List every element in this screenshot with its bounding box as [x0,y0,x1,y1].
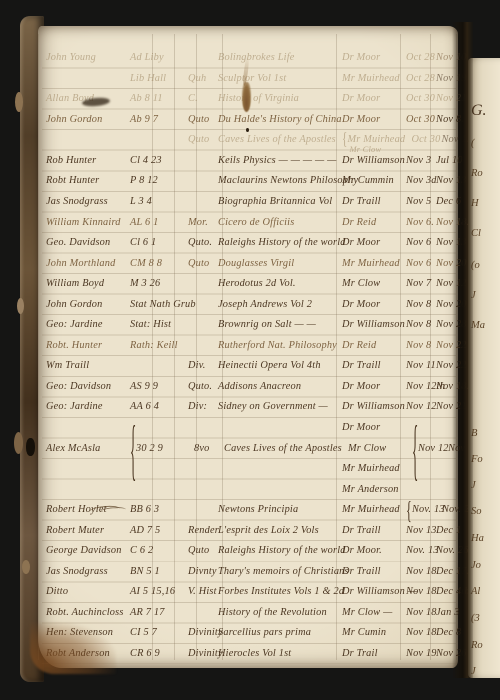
register-row: Geo. Davidson Cl 6 1 Quto. Raleighs Hist… [46,233,458,254]
cell-professor-name: Dr Reid [342,218,406,228]
cell-professor-name: Dr Moor [342,382,406,392]
cell-book-title: Caves Lives of the Apostles [218,135,342,145]
cell-book-title: L'esprit des Loix 2 Vols [218,526,342,536]
cell-book-title: Herodotus 2d Vol. [218,279,342,289]
register-row: Dr Moor [46,418,458,439]
cell-date-lent: Nov 3d [406,176,436,186]
cell-book-title: Sidney on Government — [218,402,342,412]
cell-date-lent: Nov 8 [406,341,436,351]
register-row: Wm Traill Div. Heinectii Opera Vol 4th D… [46,356,458,377]
cell-borrower-name: Jas Snodgrass [46,197,130,207]
register-row: Geo: Davidson AS 9 9 Quto. Addisons Anac… [46,377,458,398]
cell-professor-name: Mr Clow — [342,608,406,618]
register-rows: John Young Ad Liby Bolingbrokes Life Dr … [46,48,458,665]
cell-shelf-mark: Rath: Keill [130,341,188,351]
register-row: Robt Hunter P 8 12 Maclaurins Newtons Ph… [46,171,458,192]
cell-date-lent: Nov 12 [406,402,436,412]
cell-date-lent: Nov 7 [406,279,436,289]
cell-format: Render [188,526,218,536]
spine-notch [26,438,35,456]
cell-shelf-mark: Stat: Hist [130,320,188,330]
cell-borrower-name: Wm Traill [46,361,130,371]
spine-fray [22,560,30,574]
book-gutter [452,22,473,678]
cell-format: Div: [188,402,218,412]
register-row: Ditto AI 5 15,16 V. Hist Forbes Institut… [46,582,458,603]
register-row: Alex McAsla { 30 2 9 8vo Caves Lives of … [46,438,458,459]
cell-professor-name: Dr Traill [342,361,406,371]
cell-professor-name: Dr Moor [342,115,406,125]
cell-shelf-mark: AI 5 15,16 [130,587,188,597]
cell-book-title: Sarcellius pars prima [218,628,342,638]
cell-professor-name: Dr Trail [342,649,406,659]
cell-book-title: Thary's memoirs of Christians [218,567,342,577]
cell-format: Div. [188,361,218,371]
cell-book-title: History of Virginia [218,94,342,104]
register-row: Mr Muirhead [46,459,458,480]
cell-professor-name: Dr Traill [342,197,406,207]
cell-professor-name: Dr Williamson [342,402,406,412]
cell-borrower-name: Robert Muter [46,526,130,536]
cell-borrower-name: Geo: Davidson [46,382,130,392]
cell-shelf-mark: CR 6 9 [130,649,188,659]
cell-borrower-name: Geo. Davidson [46,238,130,248]
cell-borrower-name: John Gordon [46,115,130,125]
manuscript-photo: John Young Ad Liby Bolingbrokes Life Dr … [0,0,500,700]
register-row: Robert Muter AD 7 5 Render L'esprit des … [46,521,458,542]
cell-shelf-mark: Ab 8 11 [130,94,188,104]
cell-date-lent: Nov 18 [406,608,436,618]
cell-book-title: Biographia Britannica Vol [218,197,342,207]
cell-date-lent: Nov 6 [406,238,436,248]
cell-borrower-name: William Boyd [46,279,130,289]
cell-shelf-mark: BB 6 3 [130,505,188,515]
ink-spot [246,128,249,132]
cell-date-lent: Oct 28 [406,74,436,84]
cell-professor-name: Dr Reid [342,341,406,351]
cell-shelf-mark: Ad Liby [130,53,188,63]
cell-professor-name: Dr Moor. [342,546,406,556]
facing-page-text-fragment: G. [471,102,487,120]
register-row: John Young Ad Liby Bolingbrokes Life Dr … [46,48,458,69]
cell-date-lent: Nov 8 [406,320,436,330]
cell-professor-name: Dr Moor [342,238,406,248]
cell-date-lent: Nov 6 [406,259,436,269]
cell-book-title: Addisons Anacreon [218,382,342,392]
cell-book-title: Raleighs History of the world [218,546,342,556]
cell-format: Divinity [188,628,218,638]
cell-borrower-name: Robt. Auchincloss [46,608,130,618]
cell-shelf-mark: L 3 4 [130,197,188,207]
cell-borrower-name: John Gordon [46,300,130,310]
cell-book-title: Caves Lives of the Apostles [224,444,348,454]
cell-borrower-name: Alex McAsla [46,444,130,454]
cell-date-lent: Oct 28 [406,53,436,63]
cell-professor-name: Mr Muirhead [342,464,406,474]
left-page: John Young Ad Liby Bolingbrokes Life Dr … [38,26,458,668]
register-row: John Gordon Stat Nath Grub Joseph Andrew… [46,295,458,316]
cell-professor-name: Mr Clow [348,444,412,454]
cell-date-lent: Nov 19 [406,649,436,659]
cell-professor-name: Mr Muirhead [342,74,406,84]
cell-book-title: Hierocles Vol 1st [218,649,342,659]
cell-format: Quto. [188,382,218,392]
cell-borrower-name: William Kinnaird [46,218,130,228]
cell-shelf-mark: Stat Nath Grub [130,300,188,310]
cell-book-title: Sculptor Vol 1st [218,74,342,84]
cell-borrower-name: Geo: Jardine [46,402,130,412]
cell-format: C. [188,94,218,104]
cell-date-lent: Oct 30 [411,135,441,145]
cell-format: Mor. [188,218,218,228]
register-row: Quto Caves Lives of the Apostles { Mr Mu… [46,130,458,151]
register-row: William Boyd M 3 26 Herodotus 2d Vol. Mr… [46,274,458,295]
cell-book-title: Heinectii Opera Vol 4th [218,361,342,371]
cell-shelf-mark: C 6 2 [130,546,188,556]
cell-date-lent: Nov 8 [406,300,436,310]
cell-borrower-name: Geo: Jardine [46,320,130,330]
cell-date-lent: Nov 6. [406,218,436,228]
cell-date-lent: Nov. 13 [412,505,442,515]
cell-professor-name: Dr Williamson [342,156,406,166]
cell-professor-name: Mr Cummin [342,176,406,186]
cell-borrower-name: Rob Hunter [46,156,130,166]
cell-professor-name: Mr Clow [342,279,406,289]
cell-book-title: Cicero de Officiis [218,218,342,228]
cell-format: V. Hist [188,587,218,597]
cell-professor-name: Dr Moor [342,94,406,104]
cell-book-title: Raleighs History of the world [218,238,342,248]
cell-borrower-name: Ditto [46,587,130,597]
spine-fray [15,92,23,112]
column-rule [38,34,39,660]
cell-book-title: Forbes Institutes Vols 1 & 2d [218,587,342,597]
cell-book-title: Du Halde's History of China [218,115,342,125]
cell-shelf-mark: CI 5 7 [130,628,188,638]
cell-book-title: Joseph Andrews Vol 2 [218,300,342,310]
register-row: John Gordon Ab 9 7 Quto Du Halde's Histo… [46,110,458,131]
cell-shelf-mark: AD 7 5 [130,526,188,536]
cell-professor-name: Mr Muirhead [342,505,406,515]
cell-professor-name: Mr Muirhead [342,259,406,269]
register-row: Jas Snodgrass BN 5 1 Divnty Thary's memo… [46,562,458,583]
cell-shelf-mark: Lib Hall [130,74,188,84]
cell-date-lent: Nov 12 [418,444,448,454]
cell-shelf-mark: Cl 4 23 [130,156,188,166]
cell-shelf-mark: M 3 26 [130,279,188,289]
cell-shelf-mark: 30 2 9 [136,444,194,454]
ink-blot [242,82,251,112]
corner-stain [30,622,116,674]
cell-book-title: Douglasses Virgil [218,259,342,269]
cell-date-lent: Nov. 13 [406,546,436,556]
register-row: Jas Snodgrass L 3 4 Biographia Britannic… [46,192,458,213]
cell-professor-name: Dr Moor [342,423,406,433]
cell-professor-name: Dr Williamson — [342,587,406,597]
cell-professor-name: Dr Traill [342,567,406,577]
facing-page-text-fragment: Ma [471,320,485,331]
cell-format: Quto [188,115,218,125]
cell-date-lent: Nov 12th [406,382,436,392]
cell-borrower-name: Robt. Hunter [46,341,130,351]
cell-shelf-mark: Ab 9 7 [130,115,188,125]
spine-fray [14,432,23,454]
register-row: William Kinnaird AL 6 1 Mor. Cicero de O… [46,212,458,233]
cell-book-title: Brownrig on Salt — — [218,320,342,330]
cell-date-lent: Nov 11 [406,361,436,371]
cell-professor-name: Dr Moor [342,53,406,63]
cell-book-title: Keils Physics — — — — — [218,156,342,166]
cell-date-lent: Nov 3 [406,156,436,166]
cell-date-lent: Oct 30 [406,94,436,104]
cell-professor-name: Dr Moor [342,300,406,310]
cell-shelf-mark: CM 8 8 [130,259,188,269]
cell-format: Divinity [188,649,218,659]
cell-borrower-name: George Davidson [46,546,130,556]
cell-book-title: Maclaurins Newtons Philosophy [218,176,342,186]
cell-date-lent: Nov 5 [406,197,436,207]
cell-date-lent: Nov 18 [406,567,436,577]
cell-professor-name: Dr Traill [342,526,406,536]
cell-shelf-mark: AL 6 1 [130,218,188,228]
cell-shelf-mark: BN 5 1 [130,567,188,577]
register-row: John Morthland CM 8 8 Quto Douglasses Vi… [46,253,458,274]
cell-date-lent: Nov 13 [406,526,436,536]
cell-format: Quto. [188,238,218,248]
cell-book-title: Bolingbrokes Life [218,53,342,63]
cell-shelf-mark: AR 7 17 [130,608,188,618]
cell-format: Quto [188,259,218,269]
cell-professor-name: Mr Cumin [342,628,406,638]
cell-format: Quto [188,135,218,145]
cell-format: 8vo [194,444,224,454]
register-row: Geo: Jardine Stat: Hist Brownrig on Salt… [46,315,458,336]
cell-format: Quh [188,74,218,84]
cell-professor-name: Mr MuirheadMr Clow [347,135,411,145]
register-row: Geo: Jardine AA 6 4 Div: Sidney on Gover… [46,397,458,418]
cell-format: Quto [188,546,218,556]
cell-borrower-name: Robt Hunter [46,176,130,186]
cell-shelf-mark: Cl 6 1 [130,238,188,248]
brace-mark: { [406,498,412,523]
register-row: Robt. Hunter Rath: Keill Rutherford Nat.… [46,336,458,357]
cell-shelf-mark: AS 9 9 [130,382,188,392]
register-row: Lib Hall Quh Sculptor Vol 1st Mr Muirhea… [46,69,458,90]
cell-date-lent: Oct 30 [406,115,436,125]
cell-book-title: Rutherford Nat. Philosophy [218,341,342,351]
register-row: Rob Hunter Cl 4 23 Keils Physics — — — —… [46,151,458,172]
cell-professor-name: Mr Anderson [342,485,406,495]
cell-format: Divnty [188,567,218,577]
cell-book-title: Newtons Principia [218,505,342,515]
cell-book-title: History of the Revolution [218,608,342,618]
cell-professor-name: Dr Williamson [342,320,406,330]
cell-shelf-mark: AA 6 4 [130,402,188,412]
cell-borrower-name: John Young [46,53,130,63]
register-row: Robt. Auchincloss AR 7 17 History of the… [46,603,458,624]
register-row: Mr Anderson [46,479,458,500]
cell-borrower-name: John Morthland [46,259,130,269]
cell-date-lent: Nov 18 [406,628,436,638]
spine-fray [17,298,24,314]
cell-borrower-name: Jas Snodgrass [46,567,130,577]
cell-shelf-mark: P 8 12 [130,176,188,186]
register-row: George Davidson C 6 2 Quto Raleighs Hist… [46,541,458,562]
